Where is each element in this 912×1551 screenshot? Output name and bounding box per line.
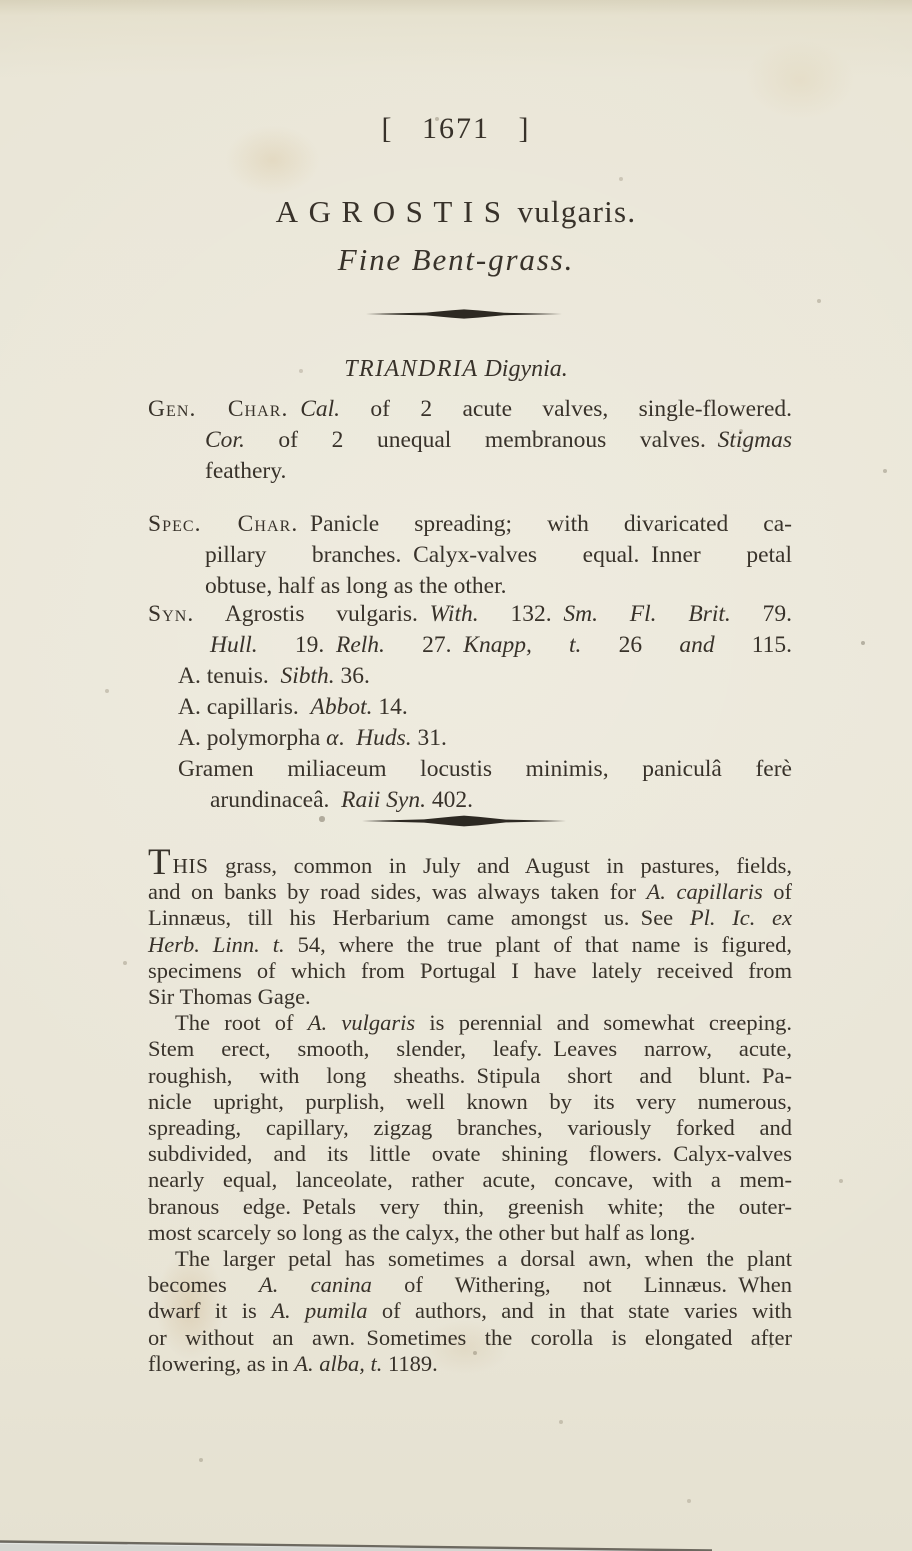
page-number: [ 1671 ]: [0, 112, 912, 146]
text-run: of authors, and in that state varies wit…: [367, 1298, 792, 1323]
text-run: of Withering, not Linnæus. When: [372, 1272, 792, 1297]
text-run: Panicle spreading; with divaricated ca-: [298, 511, 792, 537]
genus-name: AGROSTIS: [276, 194, 512, 229]
text-run: Pl. Ic. ex: [690, 905, 792, 930]
body-paragraph: THIS grass, common in July and August in…: [148, 853, 792, 1010]
text-run: Relh.: [336, 632, 385, 658]
text-run: .: [339, 725, 357, 751]
text-run: of: [763, 879, 792, 904]
text-line: A. polymorpha α. Huds. 31.: [148, 723, 792, 754]
order-name: Digynia.: [484, 356, 567, 382]
text-line: branous edge. Petals very thin, greenish…: [148, 1194, 792, 1220]
text-run: most scarcely so long as the calyx, the …: [148, 1220, 695, 1245]
body-paragraph: The root of A. vulgaris is perennial and…: [148, 1010, 792, 1246]
text-line: A. tenuis. Sibth. 36.: [148, 661, 792, 692]
text-run: Stigmas: [718, 427, 792, 453]
text-line: The root of A. vulgaris is perennial and…: [148, 1010, 792, 1036]
text-run: subdivided, and its little ovate shining…: [148, 1141, 792, 1166]
text-line: or without an awn. Sometimes the corolla…: [148, 1325, 792, 1351]
text-run: t.: [569, 632, 581, 658]
text-run: 26: [581, 632, 679, 658]
text-run: Raii Syn.: [341, 787, 426, 813]
text-run: arundinaceâ.: [210, 787, 341, 813]
text-line: specimens of which from Portugal I have …: [148, 958, 792, 984]
body-paragraph: The larger petal has sometimes a dorsal …: [148, 1246, 792, 1377]
text-line: dwarf it is A. pumila of authors, and in…: [148, 1298, 792, 1324]
text-run: 402.: [426, 787, 473, 813]
text-run: becomes: [148, 1272, 259, 1297]
text-line: subdivided, and its little ovate shining…: [148, 1141, 792, 1167]
text-run: Syn.: [148, 601, 194, 627]
text-run: or without an awn. Sometimes the corolla…: [148, 1325, 792, 1350]
text-line: roughish, with long sheaths. Stipula sho…: [148, 1063, 792, 1089]
text-run: [532, 632, 569, 658]
text-line: Gramen miliaceum locustis minimis, panic…: [148, 754, 792, 785]
text-run: dwarf it is: [148, 1298, 271, 1323]
text-run: The larger petal has sometimes a dorsal …: [175, 1246, 792, 1271]
text-run: A. tenuis.: [178, 663, 280, 689]
species-title: AGROSTISvulgaris.: [0, 194, 912, 230]
paper-stain: [745, 40, 855, 120]
text-run: feathery.: [205, 458, 286, 484]
text-run: A. alba, t.: [294, 1351, 382, 1376]
swelled-rule-divider: [366, 306, 562, 322]
text-run: A. vulgaris: [308, 1010, 415, 1035]
text-run: is perennial and somewhat creeping.: [415, 1010, 792, 1035]
specific-character-entry: Spec. Char. Panicle spreading; with diva…: [148, 509, 792, 602]
text-run: 14.: [373, 694, 408, 720]
text-run: Spec. Char.: [148, 511, 298, 537]
text-run: 19.: [258, 632, 336, 658]
text-run: specimens of which from Portugal I have …: [148, 958, 792, 983]
text-run: A. capillaris: [647, 879, 763, 904]
text-run: Sibth.: [280, 663, 334, 689]
text-run: A. pumila: [271, 1298, 367, 1323]
text-run: roughish, with long sheaths. Stipula sho…: [148, 1063, 792, 1088]
text-line: nearly equal, lanceolate, rather acute, …: [148, 1167, 792, 1193]
text-run: 36.: [335, 663, 370, 689]
text-line: Herb. Linn. t. 54, where the true plant …: [148, 932, 792, 958]
text-line: Stem erect, smooth, slender, leafy. Leav…: [148, 1036, 792, 1062]
text-line: Linnæus, till his Herbarium came amongst…: [148, 905, 792, 931]
text-line: Gen. Char. Cal. of 2 acute valves, singl…: [148, 394, 792, 425]
text-run: of 2 unequal membranous valves.: [245, 427, 718, 453]
text-run: of 2 acute valves, single-flowered.: [340, 396, 792, 422]
book-page-scan: [ 1671 ] AGROSTISvulgaris. Fine Bent-gra…: [0, 0, 912, 1551]
text-run: 132.: [479, 601, 564, 627]
common-name: Fine Bent-grass.: [0, 242, 912, 278]
text-line: obtuse, half as long as the other.: [148, 571, 792, 602]
text-run: and on banks by road sides, was always t…: [148, 879, 647, 904]
text-run: 1189.: [382, 1351, 437, 1376]
text-line: The larger petal has sometimes a dorsal …: [148, 1246, 792, 1272]
text-run: 27.: [385, 632, 463, 658]
text-line: feathery.: [148, 456, 792, 487]
text-line: Spec. Char. Panicle spreading; with diva…: [148, 509, 792, 540]
text-line: Cor. of 2 unequal membranous valves. Sti…: [148, 425, 792, 456]
text-run: obtuse, half as long as the other.: [205, 573, 507, 599]
paper-specks: [0, 0, 2, 2]
synonyms-entry: Syn. Agrostis vulgaris. With. 132. Sm. F…: [148, 599, 792, 816]
text-run: Sir Thomas Gage.: [148, 984, 311, 1009]
text-run: Cor.: [205, 427, 245, 453]
linnaean-classification: TRIANDRIA Digynia.: [0, 356, 912, 383]
text-run: With.: [430, 601, 479, 627]
text-run: A. canina: [259, 1272, 372, 1297]
generic-character-entry: Gen. Char. Cal. of 2 acute valves, singl…: [148, 394, 792, 487]
text-run: A. capillaris.: [178, 694, 310, 720]
text-run: nearly equal, lanceolate, rather acute, …: [148, 1167, 792, 1192]
text-line: THIS grass, common in July and August in…: [148, 853, 792, 879]
text-run: Agrostis vulgaris.: [194, 601, 429, 627]
text-run: Herb. Linn. t.: [148, 932, 285, 957]
text-run: pillary branches. Calyx-valves equal. In…: [205, 542, 792, 568]
text-run: and: [679, 632, 714, 658]
text-run: α: [326, 725, 338, 751]
text-run: 31.: [412, 725, 447, 751]
text-run: Sm. Fl. Brit.: [563, 601, 730, 627]
text-run: Linnæus, till his Herbarium came amongst…: [148, 905, 690, 930]
text-line: Syn. Agrostis vulgaris. With. 132. Sm. F…: [148, 599, 792, 630]
text-run: Huds.: [356, 725, 412, 751]
text-run: T: [148, 842, 173, 883]
text-line: pillary branches. Calyx-valves equal. In…: [148, 540, 792, 571]
text-run: Hull.: [210, 632, 258, 658]
text-run: Gramen miliaceum locustis minimis, panic…: [178, 756, 792, 782]
text-line: and on banks by road sides, was always t…: [148, 879, 792, 905]
description-text: THIS grass, common in July and August in…: [148, 853, 792, 1377]
text-run: The root of: [175, 1010, 308, 1035]
text-run: 115.: [715, 632, 792, 658]
text-run: branous edge. Petals very thin, greenish…: [148, 1194, 792, 1219]
text-line: Hull. 19. Relh. 27. Knapp, t. 26 and 115…: [148, 630, 792, 661]
text-run: 79.: [731, 601, 792, 627]
text-run: flowering, as in: [148, 1351, 294, 1376]
text-run: [288, 396, 300, 422]
text-run: Abbot.: [310, 694, 372, 720]
text-line: Sir Thomas Gage.: [148, 984, 792, 1010]
text-line: most scarcely so long as the calyx, the …: [148, 1220, 792, 1246]
text-run: grass, common in July and August in past…: [209, 853, 792, 878]
text-line: arundinaceâ. Raii Syn. 402.: [148, 785, 792, 816]
text-run: Cal.: [300, 396, 340, 422]
text-run: Stem erect, smooth, slender, leafy. Leav…: [148, 1036, 792, 1061]
text-run: A. polymorpha: [178, 725, 326, 751]
class-name: TRIANDRIA: [344, 356, 478, 382]
page-bottom-edge: [0, 1538, 912, 1551]
text-run: Knapp,: [463, 632, 532, 658]
text-line: nicle upright, purplish, well known by i…: [148, 1089, 792, 1115]
text-line: flowering, as in A. alba, t. 1189.: [148, 1351, 792, 1377]
text-run: spreading, capillary, zigzag branches, v…: [148, 1115, 792, 1140]
text-line: A. capillaris. Abbot. 14.: [148, 692, 792, 723]
text-run: 54, where the true plant of that name is…: [285, 932, 792, 957]
text-line: spreading, capillary, zigzag branches, v…: [148, 1115, 792, 1141]
species-epithet: vulgaris.: [518, 194, 637, 229]
text-line: becomes A. canina of Withering, not Linn…: [148, 1272, 792, 1298]
text-run: Gen. Char.: [148, 396, 288, 422]
text-run: nicle upright, purplish, well known by i…: [148, 1089, 792, 1114]
text-run: HIS: [173, 854, 209, 878]
